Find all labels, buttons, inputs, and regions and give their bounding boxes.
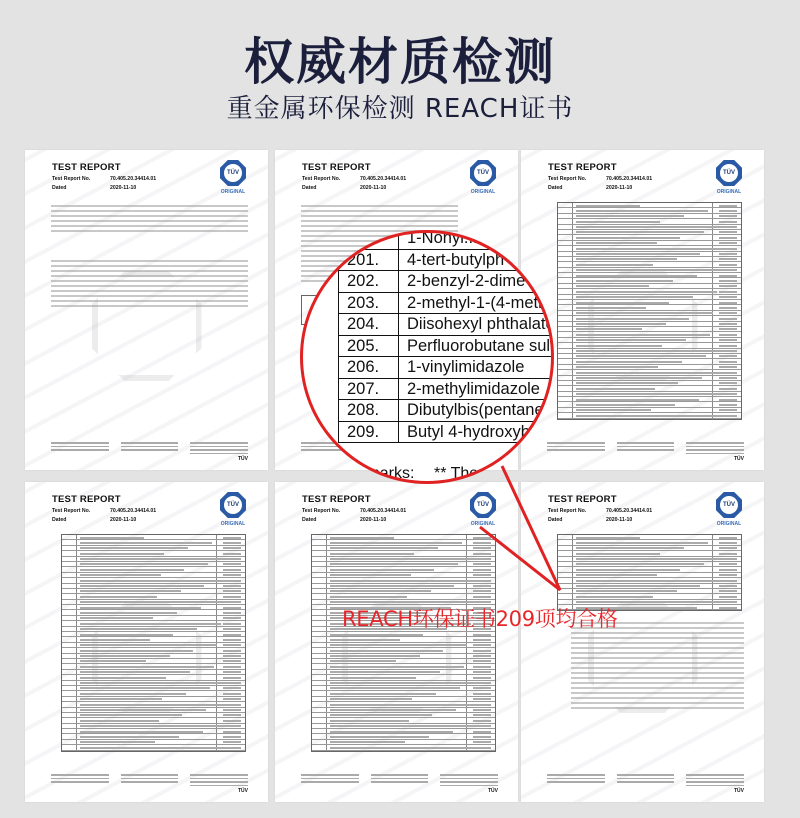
tuv-logo-icon: TÜV [474,496,492,514]
appendix-table [557,202,742,420]
report-header: TEST REPORTTest Report No.70.405.20.3441… [52,162,156,191]
substance-name: 1-vinylimidazole [399,357,524,378]
row-number: 202. [339,271,399,292]
callout-banner: REACH环保证书209项均合格 [342,603,618,633]
dated-label: Dated [302,517,360,523]
row-number: 208. [339,400,399,421]
report-no: 70.405.20.34414.01 [606,176,652,182]
tuv-logo-icon: TÜV [224,164,242,182]
report-header: TEST REPORTTest Report No.70.405.20.3441… [548,494,652,523]
page-footer: TÜV [547,442,744,458]
magnified-row: 204.Diisohexyl phthalate [339,314,552,336]
report-header: TEST REPORTTest Report No.70.405.20.3441… [548,162,652,191]
magnified-row: 201.4-tert-butylph [339,250,552,272]
report-header: TEST REPORTTest Report No.70.405.20.3441… [52,494,156,523]
report-header: TEST REPORTTest Report No.70.405.20.3441… [302,162,406,191]
dated-value: 2020-11-10 [110,517,136,523]
footer-mark: TÜV [238,788,248,794]
row-number: 205. [339,336,399,357]
tuv-logo: TÜVORIGINAL [712,492,746,527]
magnified-row: 207.2-methylimidazole [339,379,552,401]
report-page-summary: TEST REPORTTest Report No.70.405.20.3441… [25,150,268,470]
dated-label: Dated [548,517,606,523]
substance-name: 1-Nonyl... [399,232,478,249]
magnified-row: 208.Dibutylbis(pentane-2,4 [339,400,552,422]
substance-name: 2-methylimidazole [399,379,540,400]
dated-label: Dated [52,185,110,191]
logo-caption: ORIGINAL [466,189,500,195]
dated-label: Dated [302,185,360,191]
substance-name: 2-benzyl-2-dime [399,271,525,292]
report-page-appendix-1: TEST REPORTTest Report No.70.405.20.3441… [521,150,764,470]
report-no: 70.405.20.34414.01 [360,508,406,514]
magnifier-lens: 200.1-Nonyl...201.4-tert-butylph202.2-be… [302,232,552,482]
main-title: 权威材质检测 [0,22,800,94]
tuv-logo: TÜVORIGINAL [216,492,250,527]
logo-caption: ORIGINAL [216,521,250,527]
substance-name: 4-tert-butylph [399,250,504,271]
dated-value: 2020-11-10 [606,517,632,523]
remarks-block [571,622,744,712]
report-no-label: Test Report No. [548,508,606,514]
magnified-row: 209.Butyl 4-hydroxybenzo [339,422,552,444]
report-heading: TEST REPORT [548,162,652,173]
appendix-table [61,534,246,752]
substance-name: Dibutylbis(pentane-2,4 [399,400,552,421]
magnified-row: 202.2-benzyl-2-dime [339,271,552,293]
magnified-substance-table: 200.1-Nonyl...201.4-tert-butylph202.2-be… [338,232,552,443]
magnified-row: 203.2-methyl-1-(4-meth [339,293,552,315]
report-page-appendix-3: TEST REPORTTest Report No.70.405.20.3441… [275,482,518,802]
report-no-label: Test Report No. [52,508,110,514]
row-number: 203. [339,293,399,314]
footer-mark: TÜV [734,788,744,794]
tuv-logo-icon: TÜV [474,164,492,182]
report-no: 70.405.20.34414.01 [110,176,156,182]
subtitle: 重金属环保检测 REACH证书 [0,88,800,125]
remarks-label: Remarks: [346,464,414,482]
appendix-table [311,534,496,752]
magnified-row: 206.1-vinylimidazole [339,357,552,379]
page-footer: TÜV [547,774,744,790]
logo-caption: ORIGINAL [712,189,746,195]
row-number: 201. [339,250,399,271]
dated-label: Dated [52,517,110,523]
tuv-logo-icon: TÜV [720,164,738,182]
logo-caption: ORIGINAL [216,189,250,195]
page-footer: TÜV [51,774,248,790]
row-number: 204. [339,314,399,335]
tuv-logo: TÜVORIGINAL [712,160,746,195]
report-heading: TEST REPORT [302,162,406,173]
appendix-table [557,534,742,611]
substance-name: Butyl 4-hydroxybenzo [399,422,552,443]
tuv-logo: TÜVORIGINAL [216,160,250,195]
tuv-logo: TÜVORIGINAL [466,492,500,527]
report-no-label: Test Report No. [302,508,360,514]
footer-mark: TÜV [238,456,248,462]
row-number: 206. [339,357,399,378]
footer-mark: TÜV [488,788,498,794]
report-no: 70.405.20.34414.01 [110,508,156,514]
report-no-label: Test Report No. [52,176,110,182]
remarks-text: ** The substanthe calculationof the anal… [434,464,545,482]
report-heading: TEST REPORT [548,494,652,505]
report-heading: TEST REPORT [302,494,406,505]
dated-value: 2020-11-10 [606,185,632,191]
report-no-label: Test Report No. [302,176,360,182]
row-number: 209. [339,422,399,443]
magnified-row: 200.1-Nonyl... [339,232,552,250]
dated-label: Dated [548,185,606,191]
dated-value: 2020-11-10 [110,185,136,191]
conclusion-block [51,205,248,235]
footer-mark: TÜV [734,456,744,462]
row-number: 207. [339,379,399,400]
page-footer: TÜV [51,442,248,458]
dated-value: 2020-11-10 [360,185,386,191]
substance-name: Perfluorobutane sulfo [399,336,552,357]
substance-name: 2-methyl-1-(4-meth [399,293,547,314]
logo-caption: ORIGINAL [466,521,500,527]
report-page-appendix-4: TEST REPORTTest Report No.70.405.20.3441… [521,482,764,802]
dated-value: 2020-11-10 [360,517,386,523]
logo-caption: ORIGINAL [712,521,746,527]
page-footer: TÜV [301,774,498,790]
magnified-row: 205.Perfluorobutane sulfo [339,336,552,358]
report-no: 70.405.20.34414.01 [606,508,652,514]
report-page-appendix-2: TEST REPORTTest Report No.70.405.20.3441… [25,482,268,802]
report-heading: TEST REPORT [52,162,156,173]
report-no: 70.405.20.34414.01 [360,176,406,182]
substance-name: Diisohexyl phthalate [399,314,552,335]
report-heading: TEST REPORT [52,494,156,505]
results-block [51,260,248,310]
row-number: 200. [339,232,399,249]
remarks-line: ** The substan [434,464,545,482]
tuv-logo: TÜVORIGINAL [466,160,500,195]
report-no-label: Test Report No. [548,176,606,182]
tuv-logo-icon: TÜV [720,496,738,514]
tuv-logo-icon: TÜV [224,496,242,514]
report-header: TEST REPORTTest Report No.70.405.20.3441… [302,494,406,523]
